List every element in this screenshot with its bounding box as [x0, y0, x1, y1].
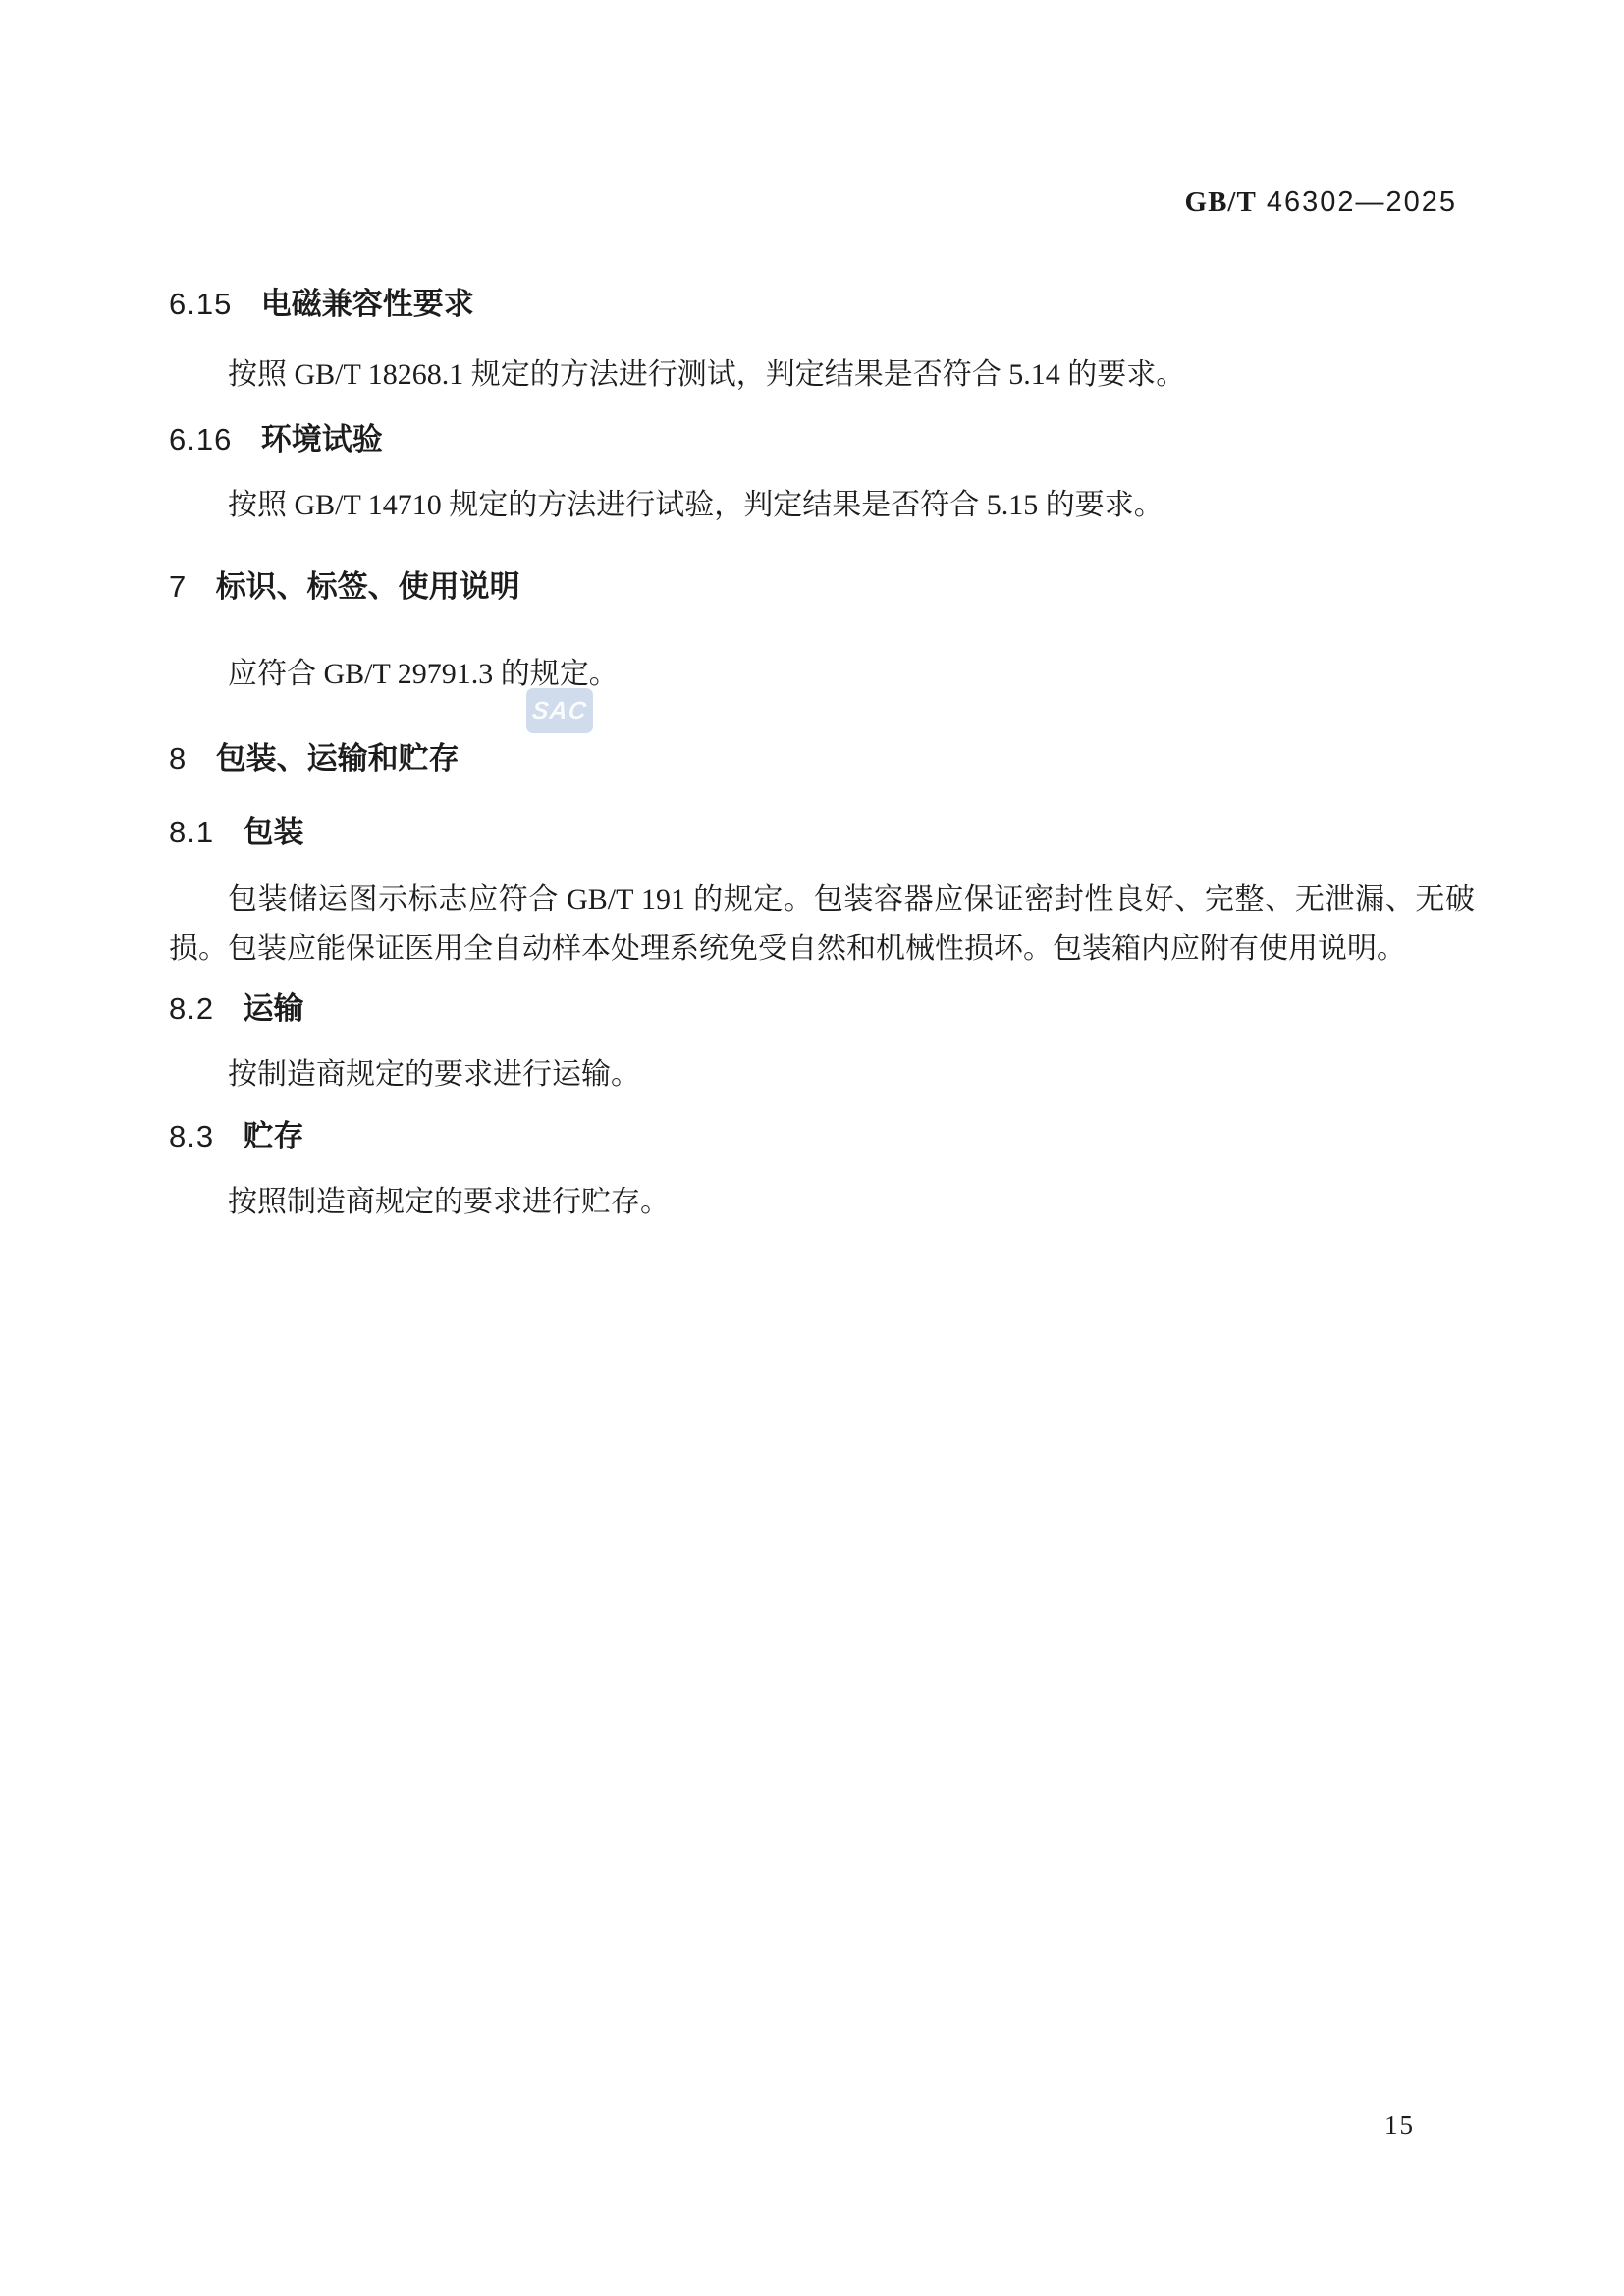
section-heading-6-15: 6.15电磁兼容性要求 [169, 287, 1457, 322]
section-heading-8-3: 8.3贮存 [169, 1119, 1457, 1154]
section-paragraph-6-16: 按照 GB/T 14710 规定的方法进行试验，判定结果是否符合 5.15 的要… [169, 481, 1457, 530]
chapter-heading-8: 8包装、运输和贮存 [169, 741, 1457, 776]
section-paragraph-6-15: 按照 GB/T 18268.1 规定的方法进行测试，判定结果是否符合 5.14 … [169, 350, 1457, 400]
page-number: 15 [1384, 2110, 1415, 2141]
sac-watermark-text: SAC [531, 697, 589, 725]
section-number: 8 [169, 741, 187, 775]
section-paragraph-8-2: 按制造商规定的要求进行运输。 [169, 1050, 1457, 1099]
standard-code-prefix: GB/T [1185, 187, 1257, 218]
section-number: 8.2 [169, 991, 214, 1026]
chapter-heading-7: 7标识、标签、使用说明 [169, 569, 1457, 605]
section-number: 8.1 [169, 815, 214, 849]
section-number: 6.15 [169, 287, 232, 321]
section-title: 环境试验 [261, 422, 383, 456]
document-page: GB/T46302—2025 6.15电磁兼容性要求 按照 GB/T 18268… [0, 0, 1624, 2296]
running-header: GB/T46302—2025 [169, 187, 1457, 219]
section-heading-8-2: 8.2运输 [169, 991, 1457, 1027]
section-title: 贮存 [244, 1119, 304, 1153]
section-heading-6-16: 6.16环境试验 [169, 422, 1457, 457]
standard-code-number: 46302—2025 [1267, 187, 1457, 218]
section-heading-8-1: 8.1包装 [169, 815, 1457, 850]
section-number: 6.16 [169, 422, 232, 456]
section-number: 7 [169, 569, 187, 604]
section-paragraph-7: 应符合 GB/T 29791.3 的规定。 [169, 650, 1457, 699]
section-title: 标识、标签、使用说明 [216, 569, 520, 604]
section-paragraph-8-1: 包装储运图示标志应符合 GB/T 191 的规定。包装容器应保证密封性良好、完整… [169, 876, 1475, 974]
section-title: 运输 [244, 991, 304, 1026]
section-title: 包装 [244, 815, 304, 849]
section-number: 8.3 [169, 1119, 214, 1153]
sac-watermark: SAC [526, 688, 593, 733]
section-title: 电磁兼容性要求 [261, 287, 474, 321]
section-title: 包装、运输和贮存 [216, 741, 460, 775]
section-paragraph-8-3: 按照制造商规定的要求进行贮存。 [169, 1178, 1457, 1227]
